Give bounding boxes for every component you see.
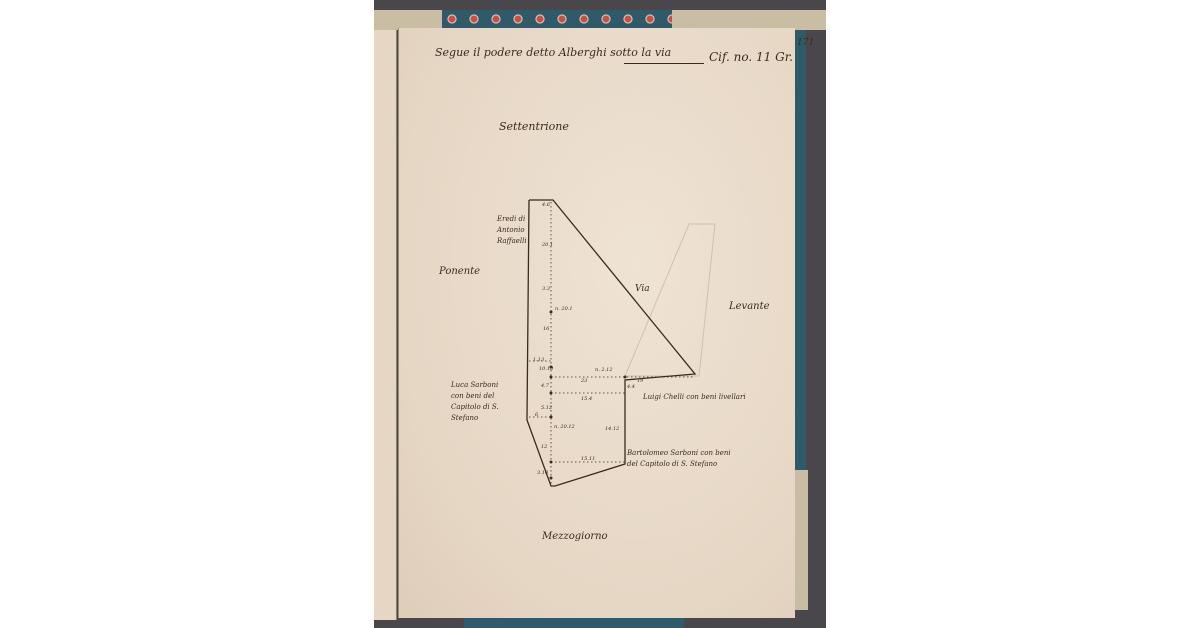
manuscript-scan: Segue il podere detto Alberghi sotto la … (374, 0, 826, 628)
parcel-plan-drawing: 4.6 20.1 3.3 n. 20.1 16 1.13 10.10 n. 2.… (399, 28, 795, 618)
svg-text:23: 23 (580, 378, 587, 384)
manuscript-page: Segue il podere detto Alberghi sotto la … (398, 28, 795, 618)
svg-text:4.6: 4.6 (541, 202, 551, 208)
folio-number: 171 (797, 38, 814, 48)
svg-text:1.13: 1.13 (533, 357, 544, 363)
left-page-edge (374, 30, 397, 620)
boundary-label-north-west: Eredi di Antonio Raffaelli (497, 214, 545, 247)
cover-paper-edge-right (794, 470, 808, 610)
svg-text:15.4: 15.4 (581, 396, 592, 402)
svg-text:4.7: 4.7 (540, 383, 550, 389)
svg-text:10.10: 10.10 (539, 366, 554, 372)
svg-text:3.10: 3.10 (537, 470, 549, 476)
svg-text:3.3: 3.3 (542, 286, 550, 292)
road-label: Via (635, 284, 650, 294)
marbled-endpaper-top (442, 10, 672, 28)
survey-stations (550, 311, 627, 480)
svg-text:19: 19 (637, 378, 644, 384)
svg-text:5.12: 5.12 (541, 405, 552, 411)
marbled-endpaper-bottom (464, 618, 684, 628)
survey-dotted-lines (529, 202, 693, 484)
svg-text:14.12: 14.12 (605, 426, 619, 432)
show-through-shape (625, 224, 715, 376)
boundary-label-south-east: Bartolomeo Sarboni con beni del Capitolo… (627, 448, 737, 470)
svg-text:n. 2.12: n. 2.12 (595, 367, 613, 373)
svg-text:15.11: 15.11 (581, 456, 595, 462)
boundary-label-west: Luca Sarboni con beni del Capitolo di S.… (451, 380, 511, 424)
svg-text:n. 20.1: n. 20.1 (555, 306, 573, 312)
svg-text:4.4: 4.4 (626, 384, 635, 390)
svg-text:n. 20.12: n. 20.12 (554, 424, 575, 430)
boundary-label-east: Luigi Chelli con beni livellari (643, 392, 746, 403)
svg-text:12: 12 (541, 444, 547, 450)
svg-text:16: 16 (543, 326, 550, 332)
